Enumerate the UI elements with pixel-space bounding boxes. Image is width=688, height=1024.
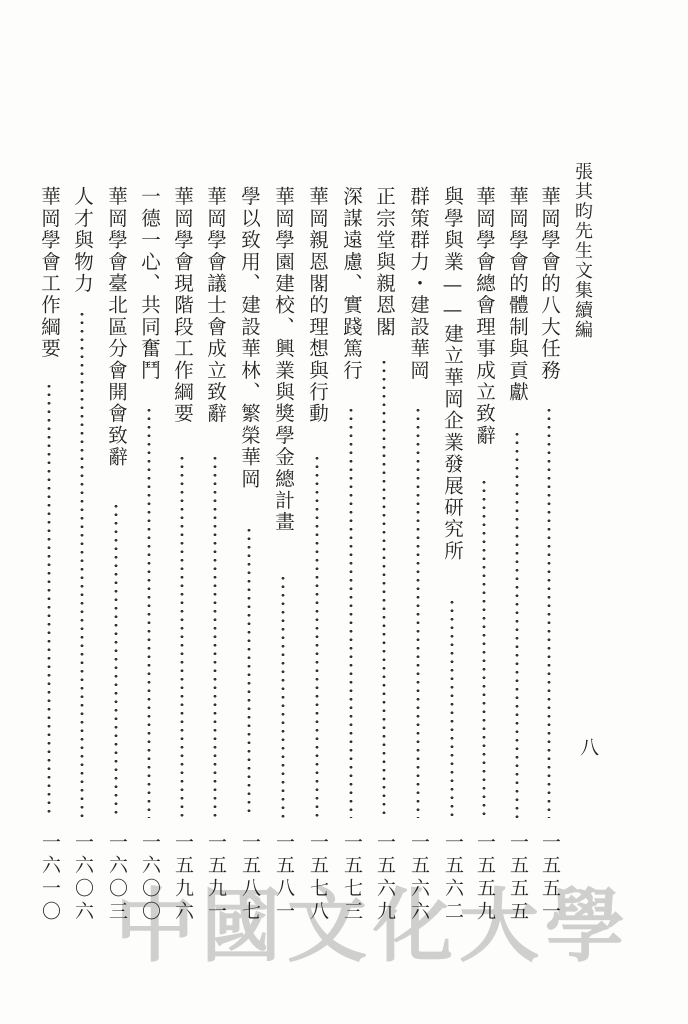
toc-entry-page: 一六〇〇	[138, 832, 162, 924]
toc-entry-title: 華岡學會議士會成立致辭	[203, 186, 227, 425]
leader-dots	[382, 358, 386, 818]
toc-entry: 一德一心、共同奮鬥	[137, 186, 161, 818]
toc-entry: 華岡學會的八大任務	[537, 186, 561, 818]
toc-entry-page: 一五九一	[204, 832, 228, 924]
toc-entry-page: 一五八一	[272, 832, 296, 924]
toc-entry-page: 一五六六	[407, 832, 431, 924]
toc-entry-title: 人才與物力	[70, 186, 94, 295]
leader-dots	[416, 406, 420, 818]
book-title: 張其昀先生文集續編	[570, 162, 594, 340]
leader-dots	[515, 430, 519, 818]
toc-entry-page: 一五七三	[340, 832, 364, 924]
toc-entry: 華岡學園建校、興業與獎學金總計畫	[271, 186, 295, 818]
toc-entry-title: 一德一心、共同奮鬥	[137, 186, 161, 381]
toc-entry: 深謀遠慮、實踐篤行	[339, 186, 363, 818]
leader-dots	[47, 382, 51, 818]
toc-entry: 與學與業——建立華岡企業發展研究所	[440, 186, 464, 818]
toc-entry: 群策群力・建設華岡	[406, 186, 430, 818]
leader-dots	[247, 526, 251, 818]
toc-entry: 華岡學會總會理事成立致辭	[472, 186, 496, 818]
toc-entry-title: 華岡學會現階段工作綱要	[170, 186, 194, 425]
toc-entry-page: 一五九六	[171, 832, 195, 924]
toc-entry-title: 華岡親恩閣的理想與行動	[305, 186, 329, 425]
toc-entry-page: 一五六九	[373, 832, 397, 924]
leader-dots	[482, 478, 486, 818]
page-folio: 八	[580, 733, 599, 760]
toc-entry-title: 華岡學會總會理事成立致辭	[472, 186, 496, 446]
leader-dots	[349, 406, 353, 818]
toc-entry-page: 一五七八	[306, 832, 330, 924]
leader-dots	[450, 598, 454, 818]
toc-entry-title: 華岡學會的八大任務	[537, 186, 561, 381]
toc-entry-title: 群策群力・建設華岡	[406, 186, 430, 381]
leader-dots	[80, 310, 84, 818]
toc-entry-page: 一五六二	[441, 832, 465, 924]
toc-entry-page: 一五五一	[538, 832, 562, 924]
toc-entry: 學以致用、建設華林、繁榮華岡	[237, 186, 261, 818]
leader-dots	[114, 502, 118, 818]
toc-entry-title: 正宗堂與親恩閣	[372, 186, 396, 338]
toc-entry-page: 一六〇三	[105, 832, 129, 924]
toc-entry-title: 華岡學會工作綱要	[37, 186, 61, 360]
toc-entry: 華岡學會議士會成立致辭	[203, 186, 227, 818]
running-header: 張其昀先生文集續編	[570, 162, 594, 340]
leader-dots	[547, 406, 551, 818]
leader-dots	[315, 454, 319, 818]
toc-entry-title: 華岡學園建校、興業與獎學金總計畫	[271, 186, 295, 533]
leader-dots	[180, 454, 184, 818]
toc-entry-title: 學以致用、建設華林、繁榮華岡	[237, 186, 261, 490]
toc-entry-title: 與學與業——建立華岡企業發展研究所	[440, 186, 464, 562]
leader-dots	[147, 406, 151, 818]
toc-entry-page: 一五八七	[238, 832, 262, 924]
toc-entry-title: 華岡學會臺北區分會開會致辭	[104, 186, 128, 468]
toc-entry: 正宗堂與親恩閣	[372, 186, 396, 818]
leader-dots	[281, 574, 285, 818]
toc-entry: 華岡學會的體制與貢獻	[505, 186, 529, 818]
toc-entry-page: 一六〇六	[71, 832, 95, 924]
toc-entry: 華岡學會臺北區分會開會致辭	[104, 186, 128, 818]
toc-entry-page: 一六一〇	[38, 832, 62, 924]
toc-entry: 人才與物力	[70, 186, 94, 818]
toc-entry: 華岡學會工作綱要	[37, 186, 61, 818]
toc-entry-page: 一五五九	[473, 832, 497, 924]
toc-entry-page: 一五五五	[506, 832, 530, 924]
toc-entry-title: 華岡學會的體制與貢獻	[505, 186, 529, 403]
toc-entry-title: 深謀遠慮、實踐篤行	[339, 186, 363, 381]
toc-entry: 華岡親恩閣的理想與行動	[305, 186, 329, 818]
leader-dots	[213, 454, 217, 818]
toc-entry: 華岡學會現階段工作綱要	[170, 186, 194, 818]
